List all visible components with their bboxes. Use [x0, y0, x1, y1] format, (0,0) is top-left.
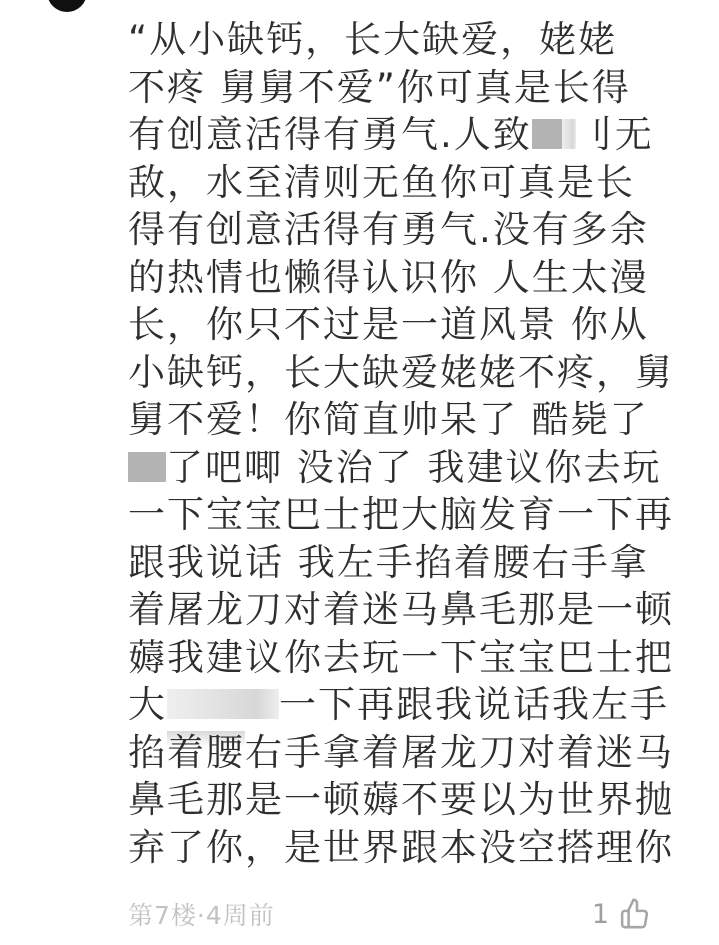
text-segment: 右手拿着屠龙刀对着迷马: [245, 731, 674, 774]
text-line: 掐着腰右手拿着屠龙刀对着迷马: [128, 729, 668, 777]
text-segment: 有创意活得有勇气.人致: [128, 113, 532, 156]
text-line: 跟我说话 我左手掐着腰右手拿: [128, 539, 668, 587]
censored-block: [562, 119, 576, 149]
text-line: 薅我建议你去玩一下宝宝巴士把: [128, 634, 668, 682]
text-segment: 鼻毛那是一顿薅不要以为世界抛: [128, 778, 674, 821]
text-segment: 跟我说话 我左手掐着腰右手拿: [128, 541, 649, 584]
text-segment: 弃了你，是世界跟本没空搭理你: [128, 826, 674, 869]
text-line: 不疼 舅舅不爱”你可真是长得: [128, 64, 668, 112]
text-segment: 舅不爱！你简直帅呆了 酷毙了: [128, 398, 649, 441]
text-line: 了吧唧 没治了 我建议你去玩: [128, 444, 668, 492]
censored-block: [128, 452, 166, 482]
text-segment: 小缺钙，长大缺爱姥姥不疼，舅: [128, 351, 674, 394]
text-segment: 敌，水至清则无鱼你可真是长: [128, 161, 635, 204]
comment-footer: 第7楼·4周前 1: [128, 896, 652, 932]
thumbs-up-icon: [616, 896, 652, 932]
text-line: 舅不爱！你简直帅呆了 酷毙了: [128, 396, 668, 444]
text-line: 有创意活得有勇气.人致刂无: [128, 111, 668, 159]
text-line: 得有创意活得有勇气.没有多余: [128, 206, 668, 254]
text-line: 大一下再跟我说话我左手: [128, 681, 668, 729]
text-line: “从小缺钙，长大缺爱，姥姥: [128, 16, 668, 64]
text-segment: 了吧唧 没治了 我建议你去玩: [166, 446, 662, 489]
like-button[interactable]: 1: [592, 896, 652, 932]
censored-block: [167, 689, 279, 719]
text-line: 的热情也懒得认识你 人生太漫: [128, 254, 668, 302]
comment-text: “从小缺钙，长大缺爱，姥姥不疼 舅舅不爱”你可真是长得有创意活得有勇气.人致刂无…: [128, 16, 668, 871]
text-segment: 刂无: [576, 113, 654, 156]
comment-post: “从小缺钙，长大缺爱，姥姥不疼 舅舅不爱”你可真是长得有创意活得有勇气.人致刂无…: [0, 0, 719, 945]
text-segment: 掐: [128, 731, 167, 774]
text-segment: 一下宝宝巴士把大脑发育一下再: [128, 493, 674, 536]
text-line: 敌，水至清则无鱼你可真是长: [128, 159, 668, 207]
text-segment: 不疼 舅舅不爱”你可真是长得: [128, 66, 631, 109]
text-segment: 的热情也懒得认识你 人生太漫: [128, 256, 649, 299]
avatar[interactable]: [47, 0, 87, 12]
text-line: 长，你只不过是一道风景 你从: [128, 301, 668, 349]
like-count: 1: [592, 899, 609, 930]
text-segment: 长，你只不过是一道风景 你从: [128, 303, 649, 346]
text-segment: “从小缺钙，长大缺爱，姥姥: [128, 18, 617, 61]
text-segment: 着屠龙刀对着迷马鼻毛那是一顿: [128, 588, 674, 631]
censored-block: [532, 119, 562, 149]
text-line: 鼻毛那是一顿薅不要以为世界抛: [128, 776, 668, 824]
text-line: 弃了你，是世界跟本没空搭理你: [128, 824, 668, 872]
text-line: 小缺钙，长大缺爱姥姥不疼，舅: [128, 349, 668, 397]
text-line: 一下宝宝巴士把大脑发育一下再: [128, 491, 668, 539]
text-segment: 着腰: [167, 731, 245, 774]
text-segment: 一下再跟我说话我左手: [279, 683, 669, 726]
text-segment: 大: [128, 683, 167, 726]
text-segment: 薅我建议你去玩一下宝宝巴士把: [128, 636, 674, 679]
text-segment: 得有创意活得有勇气.没有多余: [128, 208, 649, 251]
floor-timestamp: 第7楼·4周前: [128, 896, 275, 932]
text-line: 着屠龙刀对着迷马鼻毛那是一顿: [128, 586, 668, 634]
